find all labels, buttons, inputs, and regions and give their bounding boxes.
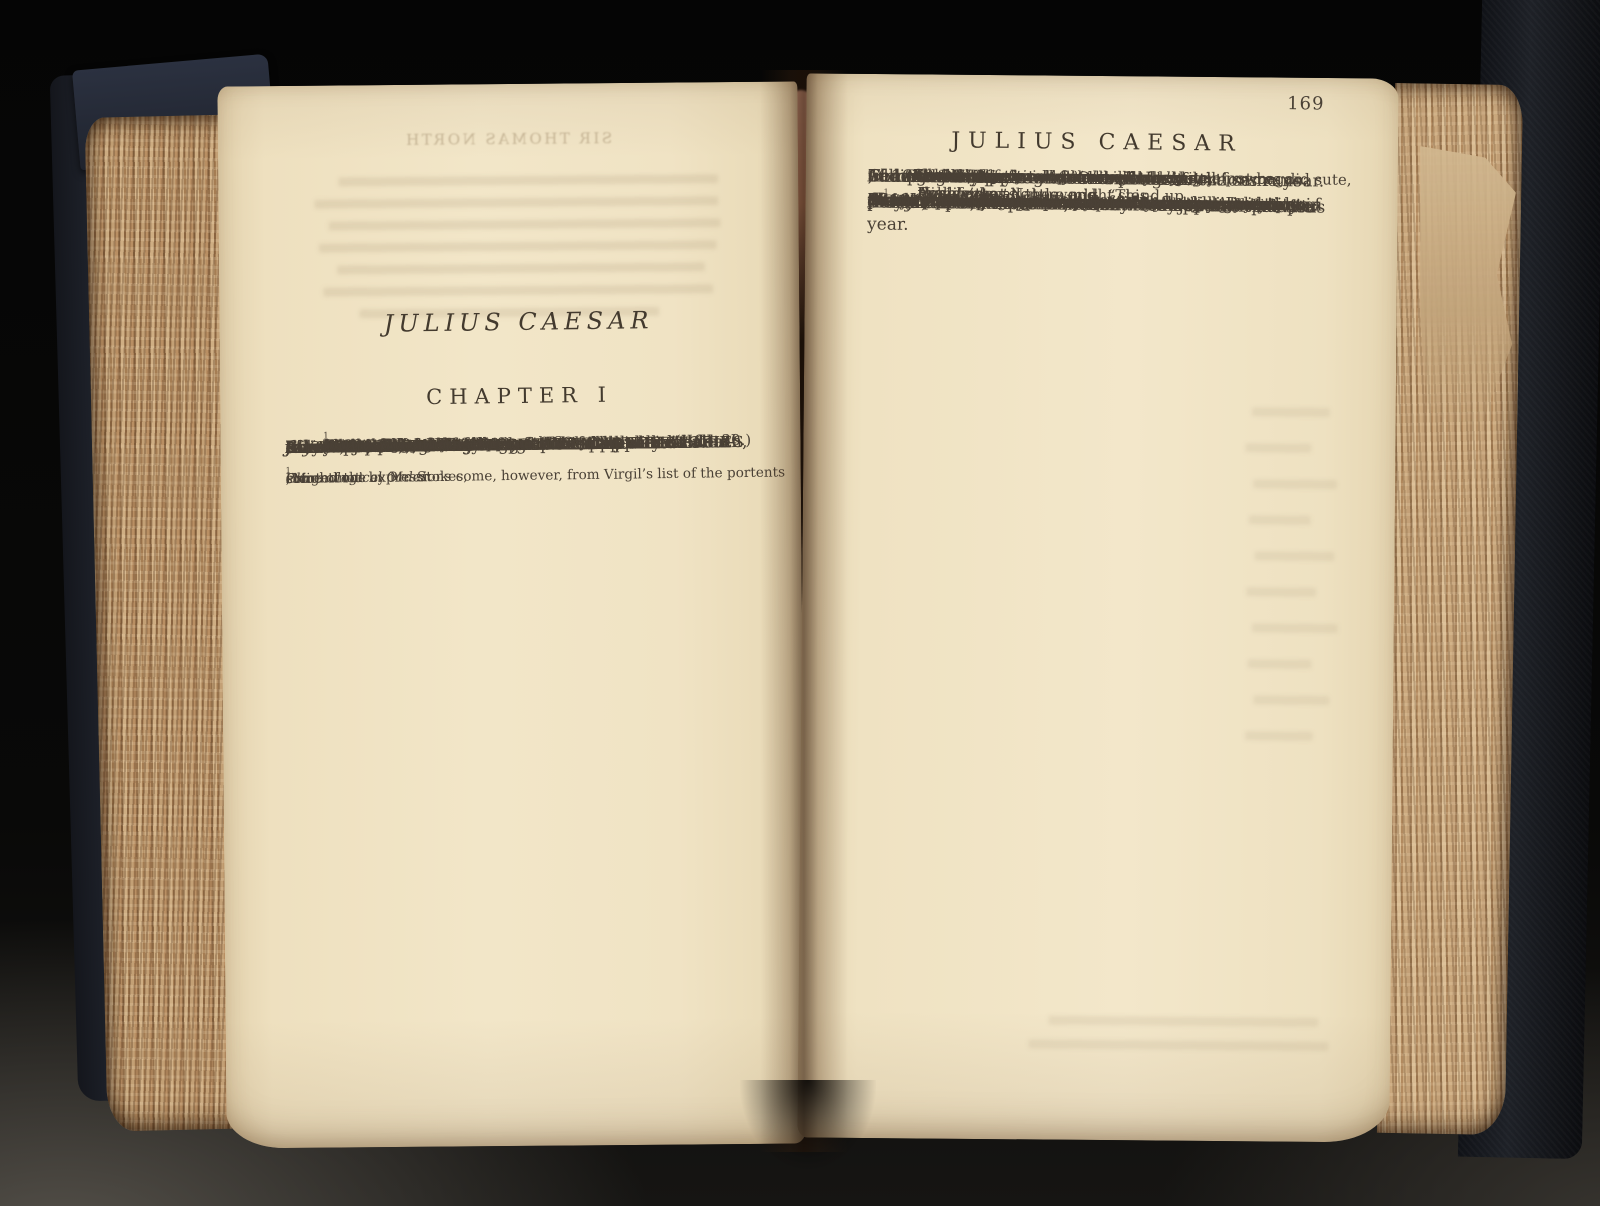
running-header: JULIUS CAESAR 169 (868, 127, 1326, 160)
ghost-text-line (1246, 587, 1316, 597)
footnote-line: some of the expressions come, however, f… (286, 464, 756, 470)
right-page: JULIUS CAESAR 169 Another apparent loan … (797, 73, 1398, 1142)
text-segment: Collier’s Shakespeare. (883, 192, 1038, 212)
ghost-text-line (1245, 731, 1313, 741)
text-segment: princes. (323, 436, 384, 456)
ghost-text-line (1247, 659, 1311, 669)
page-number: 169 (1287, 93, 1325, 114)
left-page-title: JULIUS CAESAR (283, 305, 753, 339)
right-page-text: JULIUS CAESAR 169 Another apparent loan … (867, 85, 1326, 196)
book-photo: SIR THOMAS NORTH JULIUS CAESAR CHAPTER I… (0, 0, 1600, 1206)
text-segment: some of the expressions come, however, f… (286, 463, 786, 488)
left-page-text: JULIUS CAESAR CHAPTER I POSITION OF THE … (281, 91, 756, 470)
ghost-text-line (1253, 479, 1337, 489)
ghost-text-line (1245, 443, 1311, 453)
ghost-text-line (1048, 1016, 1318, 1027)
running-header-title: JULIUS CAESAR (951, 128, 1243, 156)
ghost-text-line (1253, 695, 1329, 705)
ghost-text-line (1252, 407, 1330, 417)
ghost-text-line (1028, 1039, 1328, 1051)
left-page: SIR THOMAS NORTH JULIUS CAESAR CHAPTER I… (217, 81, 806, 1148)
footnote: 1 Pointed out by Mr. Stokes, Chronologic… (286, 464, 756, 470)
chapter-heading: CHAPTER I (284, 381, 754, 411)
ghost-text-line (1254, 551, 1334, 561)
ghost-text-line (1249, 515, 1311, 525)
ghost-text-line (1252, 623, 1338, 633)
